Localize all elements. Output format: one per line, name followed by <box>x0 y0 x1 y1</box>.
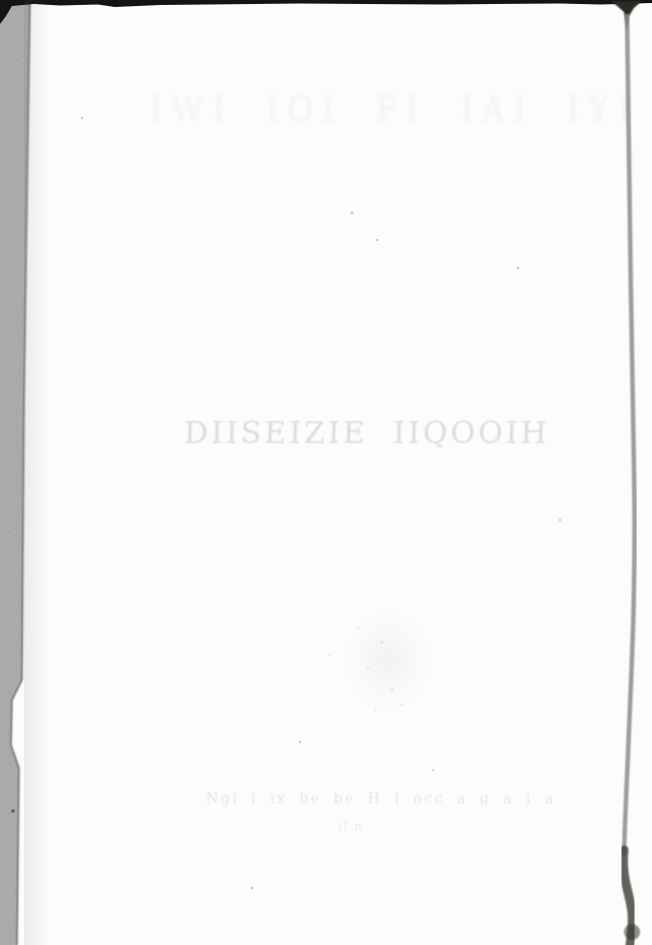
gutter-dark-speck <box>11 809 15 813</box>
top-edge-strip <box>0 0 652 24</box>
bleedthrough-imprint-small: il n <box>338 820 364 833</box>
bottom-right-blob <box>624 924 640 940</box>
scanned-book-page: IWI IOI FI IAI IYI OI DIISEIZIE IIQOOIH … <box>0 0 652 945</box>
gutter-band-grain <box>0 0 34 945</box>
page-edge-line <box>624 14 635 855</box>
emblem-bleedthrough-smudge <box>342 608 434 712</box>
bleedthrough-top-line: IWI IOI FI IAI IYI OI <box>150 89 652 130</box>
gutter-band <box>0 0 34 945</box>
bleedthrough-title-line: DIISEIZIE IIQOOIH <box>183 416 550 451</box>
paper-specks <box>81 117 561 890</box>
bleedthrough-imprint-line: Ngi i ix be be H i occ a g a i a <box>206 791 556 807</box>
